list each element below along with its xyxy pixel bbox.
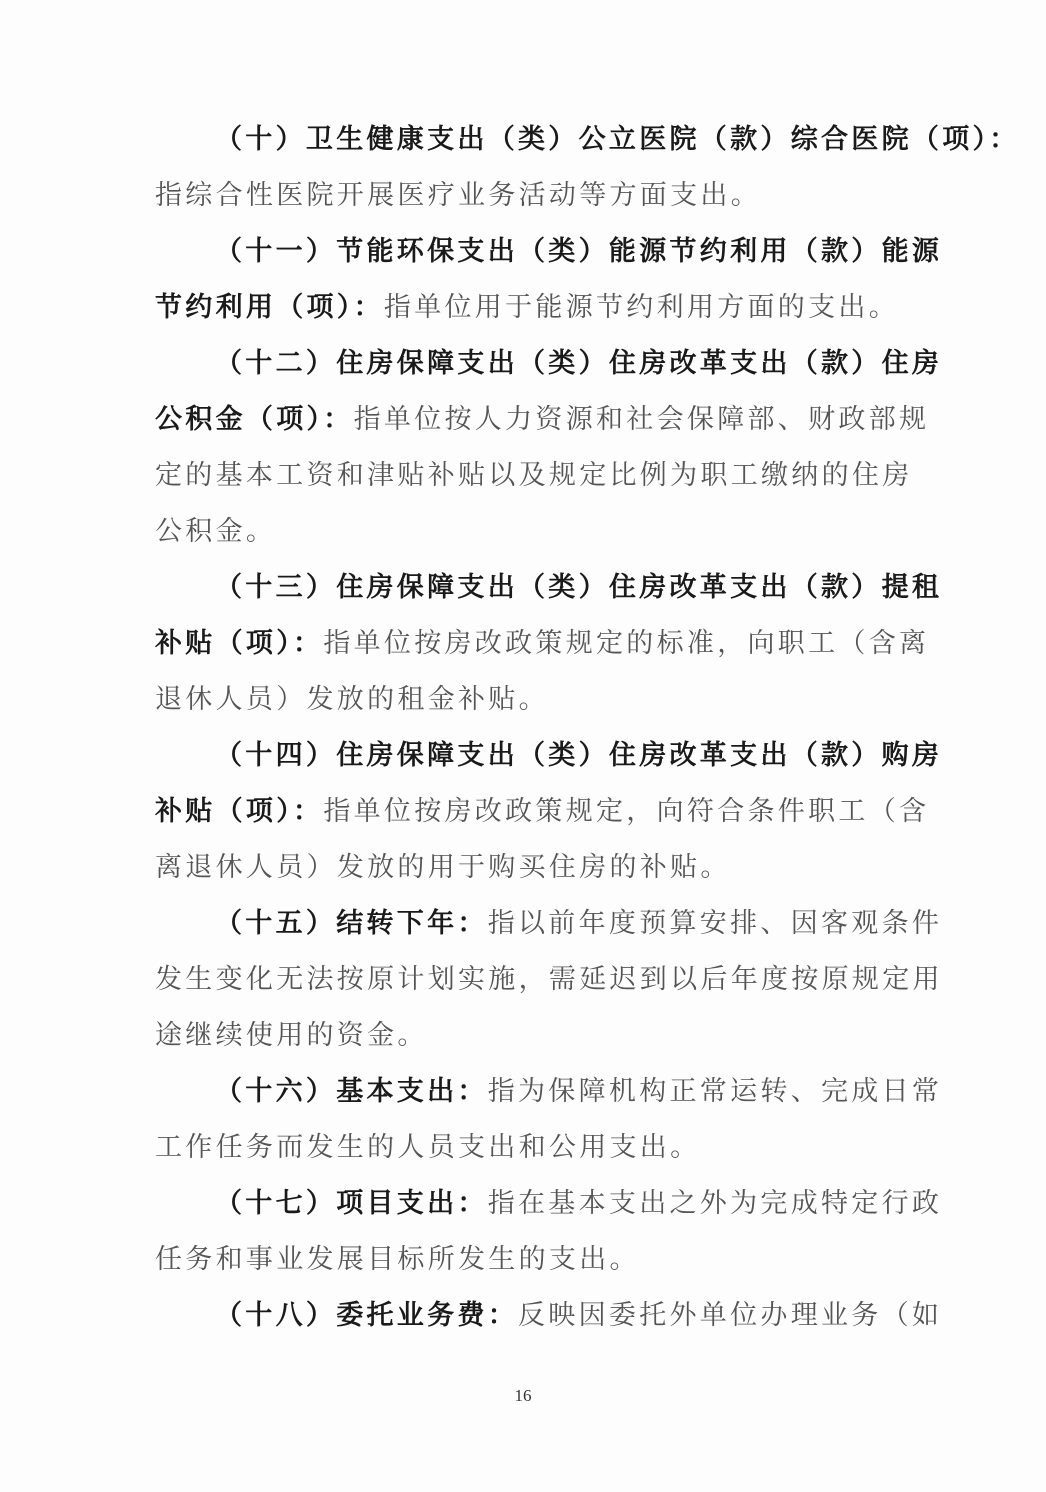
body-text: 指以前年度预算安排、因客观条件 <box>488 908 943 939</box>
heading-text: （十三）住房保障支出（类）住房改革支出（款）提租 <box>215 572 942 603</box>
heading-text: （十）卫生健康支出（类）公立医院（款）综合医院（项）： <box>215 124 1020 155</box>
paragraph-12-line-3: 定的基本工资和津贴补贴以及规定比例为职工缴纳的住房 <box>155 456 900 496</box>
heading-text: （十六）基本支出： <box>215 1076 488 1107</box>
heading-text: （十四）住房保障支出（类）住房改革支出（款）购房 <box>215 740 942 771</box>
heading-text: （十八）委托业务费： <box>215 1300 518 1331</box>
heading-text: （十五）结转下年： <box>215 908 488 939</box>
body-text: 退休人员）发放的租金补贴。 <box>155 684 549 715</box>
paragraph-12-line-2: 公积金（项）：指单位按人力资源和社会保障部、财政部规 <box>155 400 900 440</box>
heading-text: （十七）项目支出： <box>215 1188 488 1219</box>
paragraph-16-line-1: （十六）基本支出：指为保障机构正常运转、完成日常 <box>215 1072 900 1112</box>
paragraph-10-line-1: （十）卫生健康支出（类）公立医院（款）综合医院（项）： <box>215 120 900 160</box>
heading-text: 补贴（项）： <box>155 796 323 827</box>
body-text: 指综合性医院开展医疗业务活动等方面支出。 <box>155 180 761 211</box>
heading-text: 补贴（项）： <box>155 628 323 659</box>
paragraph-13-line-2: 补贴（项）：指单位按房改政策规定的标准，向职工（含离 <box>155 624 900 664</box>
paragraph-15-line-3: 途继续使用的资金。 <box>155 1016 900 1056</box>
paragraph-12-line-1: （十二）住房保障支出（类）住房改革支出（款）住房 <box>215 344 900 384</box>
paragraph-18-line-1: （十八）委托业务费：反映因委托外单位办理业务（如 <box>215 1296 900 1336</box>
paragraph-11-line-2: 节约利用（项）：指单位用于能源节约利用方面的支出。 <box>155 288 900 328</box>
body-text: 指单位按房改政策规定，向符合条件职工（含 <box>323 796 929 827</box>
body-text: 反映因委托外单位办理业务（如 <box>518 1300 942 1331</box>
page-number: 16 <box>0 1386 1046 1406</box>
document-page: （十）卫生健康支出（类）公立医院（款）综合医院（项）： 指综合性医院开展医疗业务… <box>0 0 1046 1492</box>
body-text: 发生变化无法按原计划实施，需延迟到以后年度按原规定用 <box>155 964 943 995</box>
heading-text: 节约利用（项）： <box>155 292 384 323</box>
paragraph-11-line-1: （十一）节能环保支出（类）能源节约利用（款）能源 <box>215 232 900 272</box>
paragraph-13-line-1: （十三）住房保障支出（类）住房改革支出（款）提租 <box>215 568 900 608</box>
body-text: 指单位用于能源节约利用方面的支出。 <box>384 292 899 323</box>
paragraph-12-line-4: 公积金。 <box>155 512 900 552</box>
heading-text: 公积金（项）： <box>155 404 354 435</box>
paragraph-15-line-1: （十五）结转下年：指以前年度预算安排、因客观条件 <box>215 904 900 944</box>
paragraph-14-line-1: （十四）住房保障支出（类）住房改革支出（款）购房 <box>215 736 900 776</box>
body-text: 定的基本工资和津贴补贴以及规定比例为职工缴纳的住房 <box>155 460 913 491</box>
body-text: 离退休人员）发放的用于购买住房的补贴。 <box>155 852 731 883</box>
paragraph-17-line-2: 任务和事业发展目标所发生的支出。 <box>155 1240 900 1280</box>
body-text: 工作任务而发生的人员支出和公用支出。 <box>155 1132 700 1163</box>
paragraph-14-line-3: 离退休人员）发放的用于购买住房的补贴。 <box>155 848 900 888</box>
paragraph-15-line-2: 发生变化无法按原计划实施，需延迟到以后年度按原规定用 <box>155 960 900 1000</box>
body-text: 途继续使用的资金。 <box>155 1020 428 1051</box>
heading-text: （十一）节能环保支出（类）能源节约利用（款）能源 <box>215 236 942 267</box>
paragraph-14-line-2: 补贴（项）：指单位按房改政策规定，向符合条件职工（含 <box>155 792 900 832</box>
body-text: 指单位按房改政策规定的标准，向职工（含离 <box>323 628 929 659</box>
paragraph-17-line-1: （十七）项目支出：指在基本支出之外为完成特定行政 <box>215 1184 900 1224</box>
paragraph-16-line-2: 工作任务而发生的人员支出和公用支出。 <box>155 1128 900 1168</box>
body-text: 指在基本支出之外为完成特定行政 <box>488 1188 943 1219</box>
body-text: 任务和事业发展目标所发生的支出。 <box>155 1244 640 1275</box>
body-text: 公积金。 <box>155 516 276 547</box>
paragraph-13-line-3: 退休人员）发放的租金补贴。 <box>155 680 900 720</box>
paragraph-10-line-2: 指综合性医院开展医疗业务活动等方面支出。 <box>155 176 900 216</box>
body-text: 指单位按人力资源和社会保障部、财政部规 <box>354 404 930 435</box>
heading-text: （十二）住房保障支出（类）住房改革支出（款）住房 <box>215 348 942 379</box>
body-text: 指为保障机构正常运转、完成日常 <box>488 1076 943 1107</box>
